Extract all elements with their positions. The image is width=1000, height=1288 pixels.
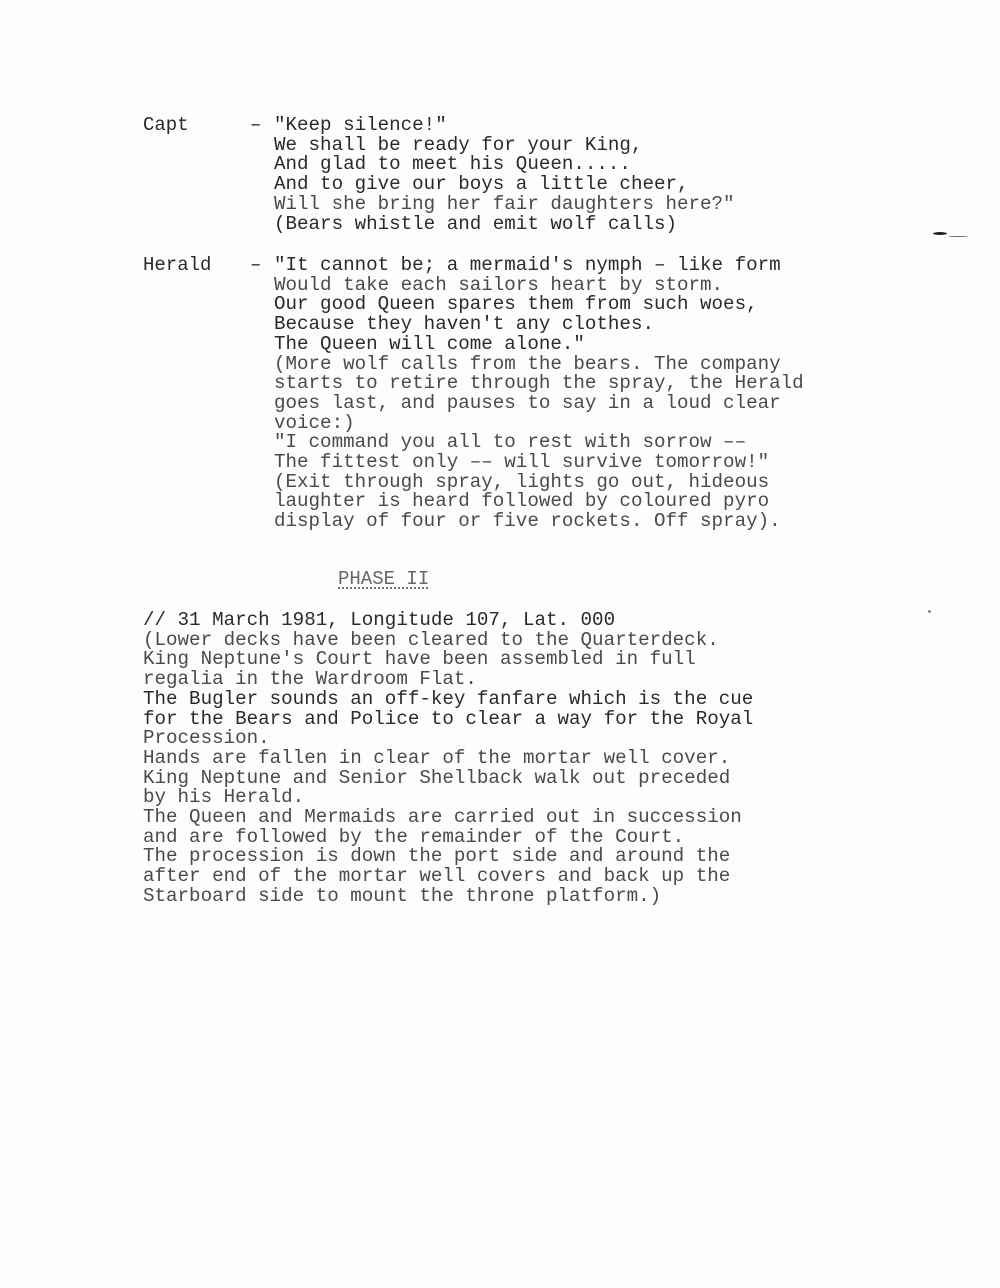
- phase-line: regalia in the Wardroom Flat.: [143, 670, 753, 690]
- phase-line: Procession.: [143, 729, 753, 749]
- phase-line: Hands are fallen in clear of the mortar …: [143, 749, 753, 769]
- speech-lines: "Keep silence!" We shall be ready for yo…: [274, 116, 735, 234]
- speaker-dash: –: [250, 256, 261, 276]
- speaker-name: Herald: [143, 256, 211, 276]
- stage-direction: (Bears whistle and emit wolf calls): [274, 215, 735, 235]
- speech-line: And to give our boys a little cheer,: [274, 175, 735, 195]
- speech-lines: "It cannot be; a mermaid's nymph – like …: [274, 256, 804, 532]
- phase-line: Starboard side to mount the throne platf…: [143, 887, 753, 907]
- stage-direction: goes last, and pauses to say in a loud c…: [274, 394, 804, 414]
- phase-body: // 31 March 1981, Longitude 107, Lat. 00…: [143, 611, 753, 907]
- phase-line: The Queen and Mermaids are carried out i…: [143, 808, 753, 828]
- stage-direction: starts to retire through the spray, the …: [274, 374, 804, 394]
- typewritten-page: Capt – "Keep silence!" We shall be ready…: [0, 0, 1000, 1288]
- phase-line-date: // 31 March 1981, Longitude 107, Lat. 00…: [143, 611, 753, 631]
- ink-smudge: [948, 236, 968, 237]
- speech-line: "Keep silence!": [274, 116, 735, 136]
- speaker-dash: –: [250, 116, 261, 136]
- speech-line: Because they haven't any clothes.: [274, 315, 804, 335]
- phase-line: The Bugler sounds an off-key fanfare whi…: [143, 690, 753, 710]
- speaker-name: Capt: [143, 116, 189, 136]
- ink-smudge: [933, 232, 947, 235]
- speech-line: Will she bring her fair daughters here?": [274, 195, 735, 215]
- ink-speck: [928, 610, 931, 613]
- speech-line: The Queen will come alone.": [274, 335, 804, 355]
- speech-line: "It cannot be; a mermaid's nymph – like …: [274, 256, 804, 276]
- speech-line: The fittest only –– will survive tomorro…: [274, 453, 804, 473]
- stage-direction: display of four or five rockets. Off spr…: [274, 512, 804, 532]
- phase-line: after end of the mortar well covers and …: [143, 867, 753, 887]
- phase-heading: PHASE II: [338, 570, 429, 590]
